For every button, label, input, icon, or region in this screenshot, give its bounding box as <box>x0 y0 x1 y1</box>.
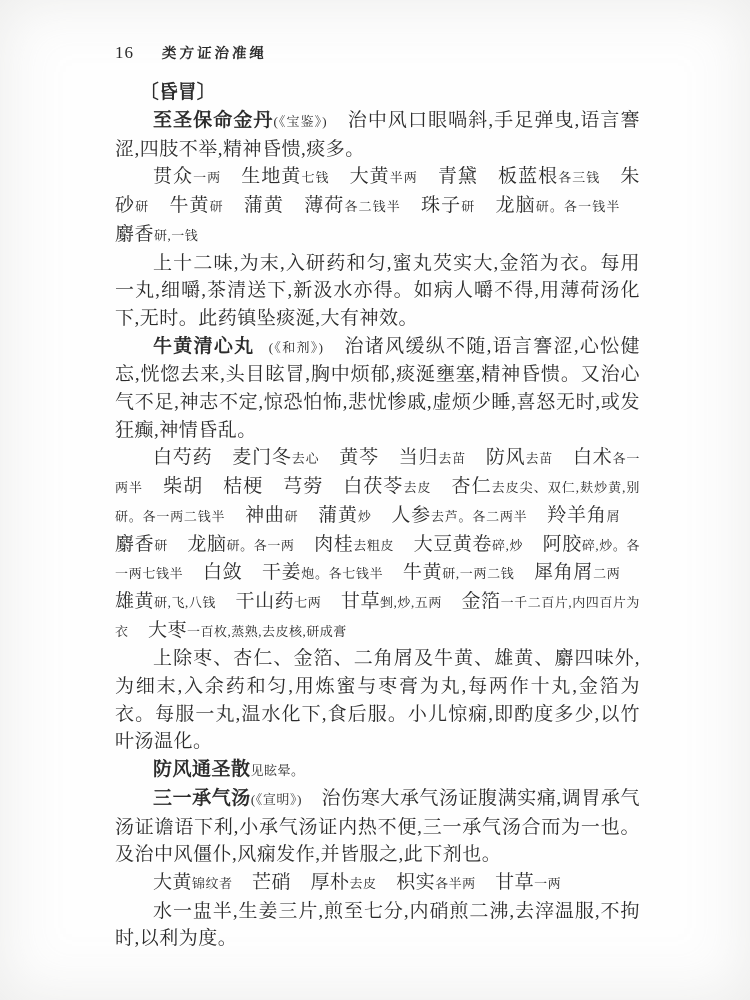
text-segment: 蒲黄 薄荷 <box>224 195 345 216</box>
text-segment: 杏仁 <box>432 476 492 497</box>
text-segment: 白敛 干姜 <box>183 562 301 583</box>
formula-fangfeng-tongsheng-san: 防风通圣散见眩晕。 <box>115 756 640 785</box>
text-segment: 干山药 <box>216 591 294 612</box>
running-title: 类方证治准绳 <box>161 42 267 63</box>
method-niuhuang-qingxin-wan: 上除枣、杏仁、金箔、二角屑及牛黄、雄黄、麝四味外,为细末,入余药和匀,用炼蜜与枣… <box>115 645 640 756</box>
text-segment: 七钱 <box>301 170 329 185</box>
text-segment: 大黄 <box>153 872 192 893</box>
text-segment: 芒硝 厚朴 <box>233 872 350 893</box>
text-segment: 去苗 <box>525 451 553 466</box>
text-segment: 青黛 板蓝根 <box>418 166 558 187</box>
text-segment: 炒 <box>358 509 372 524</box>
text-segment: 枳实 <box>377 872 436 893</box>
text-segment: (《宝鉴》) <box>274 114 328 129</box>
text-segment: 甘草 <box>476 872 535 893</box>
text-segment: 研 <box>461 199 475 214</box>
text-segment: 阿胶 <box>523 534 582 555</box>
text-segment: 去皮 <box>350 876 377 891</box>
book-page: 16 类方证治准绳 〔昏冒〕 至圣保命金丹(《宝鉴》) 治中风口眼喎斜,手足弹曳… <box>0 0 750 1000</box>
text-segment: 珠子 <box>401 195 461 216</box>
text-segment: 犀角屑 <box>514 562 593 583</box>
text-segment: 牛黄 <box>149 195 209 216</box>
text-segment: 一两 <box>193 170 221 185</box>
text-segment: 见眩晕。 <box>251 763 305 778</box>
text-segment: 龙脑 <box>168 534 227 555</box>
text-segment: 研 <box>210 199 224 214</box>
text-segment: (《和剂》) <box>254 340 323 355</box>
method-sanyi-chengqi-tang: 水一盅半,生姜三片,煎至七分,内硝煎二沸,去滓温服,不拘时,以利为度。 <box>115 898 640 953</box>
method-zhisheng-baoming-jindan: 上十二味,为末,入研药和匀,蜜丸芡实大,金箔为衣。每用一丸,细嚼,茶清送下,新汲… <box>115 250 640 333</box>
text-segment: 生地黄 <box>221 166 301 187</box>
text-segment: 大枣 <box>129 620 188 641</box>
text-segment: 一两 <box>534 876 561 891</box>
text-segment: 二两 <box>593 566 620 581</box>
text-segment: 七两 <box>294 595 321 610</box>
formula-niuhuang-qingxin-wan: 牛黄清心丸 (《和剂》) 治诸风缓纵不随,语言謇涩,心忪健忘,恍惚去来,头目眩冒… <box>115 333 640 445</box>
text-segment: 剉,炒,五两 <box>380 595 442 610</box>
text-segment: 研。各一钱半 <box>536 199 621 214</box>
ingredients-zhisheng-baoming-jindan: 贯众一两 生地黄七钱 大黄半两 青黛 板蓝根各三钱 朱砂研 牛黄研 蒲黄 薄荷各… <box>115 163 640 249</box>
text-segment: 人参 <box>372 505 431 526</box>
text-segment: 甘草 <box>321 591 380 612</box>
text-segment: 去苗 <box>438 451 466 466</box>
text-segment: 研,飞,八钱 <box>154 595 216 610</box>
section-title: 〔昏冒〕 <box>115 79 640 107</box>
text-segment: 研,一两二钱 <box>442 566 514 581</box>
text-segment: 蒲黄 <box>298 505 357 526</box>
text-segment: 牛黄清心丸 <box>153 336 254 357</box>
text-segment: 去粗皮 <box>353 538 394 553</box>
formula-zhisheng-baoming-jindan: 至圣保命金丹(《宝鉴》) 治中风口眼喎斜,手足弹曳,语言謇涩,四肢不举,精神昏愦… <box>115 107 640 163</box>
text-segment: 研,一钱 <box>154 228 198 243</box>
text-segment: 金箔 <box>442 591 501 612</box>
text-segment: 黄芩 当归 <box>319 447 438 468</box>
text-segment: 三一承气汤 <box>153 788 251 809</box>
text-segment: 各半两 <box>435 876 476 891</box>
page-header: 16 类方证治准绳 <box>115 42 640 63</box>
text-segment: 至圣保命金丹 <box>153 110 274 131</box>
text-segment: 贯众 <box>153 166 193 187</box>
text-segment: 研 <box>135 199 149 214</box>
text-segment: 神曲 <box>225 505 284 526</box>
text-segment: 研。各一两 <box>227 538 295 553</box>
text-segment: 研 <box>154 538 168 553</box>
text-segment: 龙脑 <box>475 195 535 216</box>
text-segment: 锦纹者 <box>192 876 233 891</box>
text-segment: 水一盅半,生姜三片,煎至七分,内硝煎二沸,去滓温服,不拘时,以利为度。 <box>115 901 640 950</box>
text-segment: 各二钱半 <box>344 199 400 214</box>
text-segment: 去心 <box>292 451 320 466</box>
text-segment: 碎,炒 <box>492 538 523 553</box>
text-segment: 大豆黄卷 <box>394 534 492 555</box>
ingredients-niuhuang-qingxin-wan: 白芍药 麦门冬去心 黄芩 当归去苗 防风去苗 白术各一两半 柴胡 桔梗 芎䓖 白… <box>115 444 640 645</box>
text-segment: 去芦。各二两半 <box>431 509 528 524</box>
text-segment: 研 <box>285 509 299 524</box>
text-segment: 牛黄 <box>383 562 442 583</box>
text-segment: 防风 <box>466 447 525 468</box>
text-segment: 上十二味,为末,入研药和匀,蜜丸芡实大,金箔为衣。每用一丸,细嚼,茶清送下,新汲… <box>115 253 640 329</box>
formula-sanyi-chengqi-tang: 三一承气汤(《宣明》) 治伤寒大承气汤证腹满实痛,调胃承气汤证谵语下利,小承气汤… <box>115 785 640 869</box>
text-segment: (《宣明》) <box>251 792 302 807</box>
text-body: 至圣保命金丹(《宝鉴》) 治中风口眼喎斜,手足弹曳,语言謇涩,四肢不举,精神昏愦… <box>115 107 640 953</box>
page-number: 16 <box>115 43 134 63</box>
text-segment: 炮。各七钱半 <box>301 566 383 581</box>
text-segment: 防风通圣散 <box>153 759 251 780</box>
text-segment: 半两 <box>390 170 418 185</box>
text-segment: 羚羊角 <box>527 505 606 526</box>
ingredients-sanyi-chengqi-tang: 大黄锦纹者 芒硝 厚朴去皮 枳实各半两 甘草一两 <box>115 869 640 898</box>
text-segment: 一百枚,蒸熟,去皮核,研成膏 <box>187 624 347 639</box>
text-segment: 白芍药 麦门冬 <box>153 447 292 468</box>
text-segment: 去皮 <box>403 480 431 495</box>
text-segment: 屑 <box>607 509 621 524</box>
text-segment: 上除枣、杏仁、金箔、二角屑及牛黄、雄黄、麝四味外,为细末,入余药和匀,用炼蜜与枣… <box>115 648 640 752</box>
text-segment: 柴胡 桔梗 芎䓖 白茯苓 <box>143 476 403 497</box>
text-segment: 白术 <box>553 447 612 468</box>
text-segment: 大黄 <box>330 166 390 187</box>
text-segment: 肉桂 <box>295 534 354 555</box>
text-segment: 各三钱 <box>558 170 600 185</box>
